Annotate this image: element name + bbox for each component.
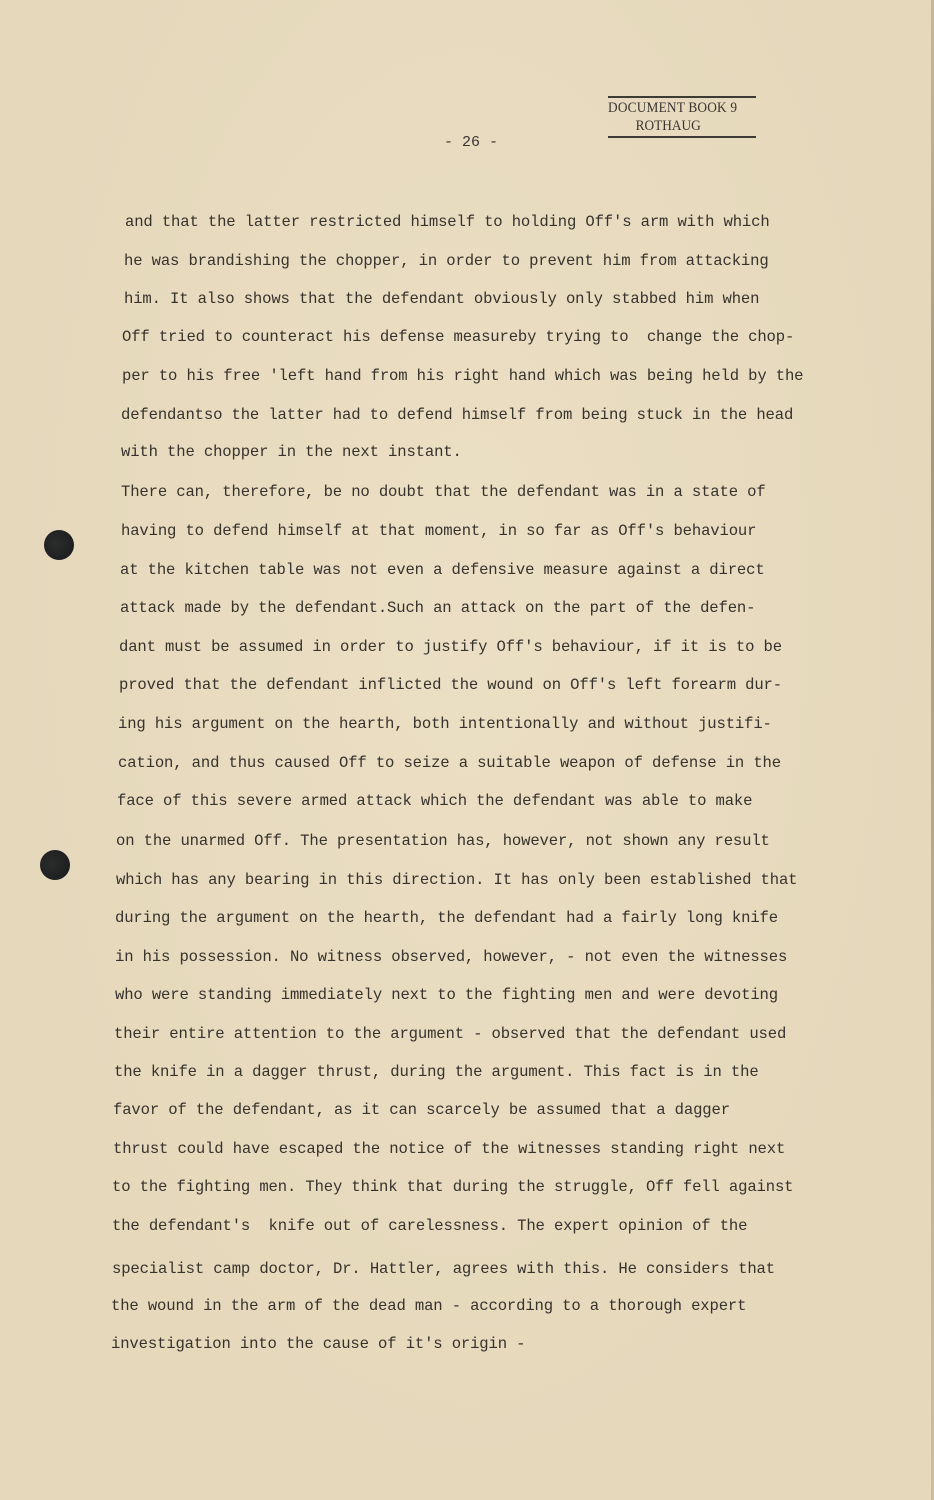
document-page: DOCUMENT BOOK 9 ROTHAUG - 26 - and that … [0,0,934,1500]
text-line: Off tried to counteract his defense meas… [122,328,794,346]
text-line: the defendant's knife out of carelessnes… [112,1217,747,1235]
text-line: face of this severe armed attack which t… [117,792,752,810]
document-book-label: DOCUMENT BOOK 9 [608,99,744,117]
text-line: ing his argument on the hearth, both int… [118,715,772,733]
text-line: at the kitchen table was not even a defe… [120,561,765,579]
text-line: There can, therefore, be no doubt that t… [121,483,766,501]
text-line: the knife in a dagger thrust, during the… [114,1063,759,1081]
text-line: favor of the defendant, as it can scarce… [113,1101,730,1119]
text-line: dant must be assumed in order to justify… [119,638,782,656]
text-line: their entire attention to the argument -… [114,1025,786,1043]
document-name-label: ROTHAUG [608,117,744,135]
text-line: the wound in the arm of the dead man - a… [111,1297,746,1315]
text-line: to the fighting men. They think that dur… [112,1178,793,1196]
header-rule-top [608,96,756,98]
text-line: attack made by the defendant.Such an att… [120,599,755,617]
page-number: - 26 - [444,134,498,151]
text-line: who were standing immediately next to th… [115,986,778,1004]
text-line: thrust could have escaped the notice of … [113,1140,785,1158]
punch-hole-lower [40,850,70,880]
text-line: defendantso the latter had to defend him… [121,406,793,424]
text-line: with the chopper in the next instant. [121,443,462,461]
text-line: which has any bearing in this direction.… [116,871,797,889]
text-line: him. It also shows that the defendant ob… [124,290,759,308]
header-rule-bottom [608,136,756,138]
text-line: investigation into the cause of it's ori… [111,1335,525,1353]
text-line: cation, and thus caused Off to seize a s… [118,754,781,772]
text-line: on the unarmed Off. The presentation has… [116,832,770,850]
text-line: specialist camp doctor, Dr. Hattler, agr… [112,1260,775,1278]
text-line: during the argument on the hearth, the d… [115,909,778,927]
text-line: proved that the defendant inflicted the … [119,676,782,694]
text-line: and that the latter restricted himself t… [125,213,770,231]
text-line: he was brandishing the chopper, in order… [124,252,769,270]
document-header: DOCUMENT BOOK 9 ROTHAUG [608,96,756,138]
punch-hole-upper [44,530,74,560]
text-line: having to defend himself at that moment,… [121,522,756,540]
text-line: per to his free 'left hand from his righ… [122,367,803,385]
text-line: in his possession. No witness observed, … [115,948,787,966]
